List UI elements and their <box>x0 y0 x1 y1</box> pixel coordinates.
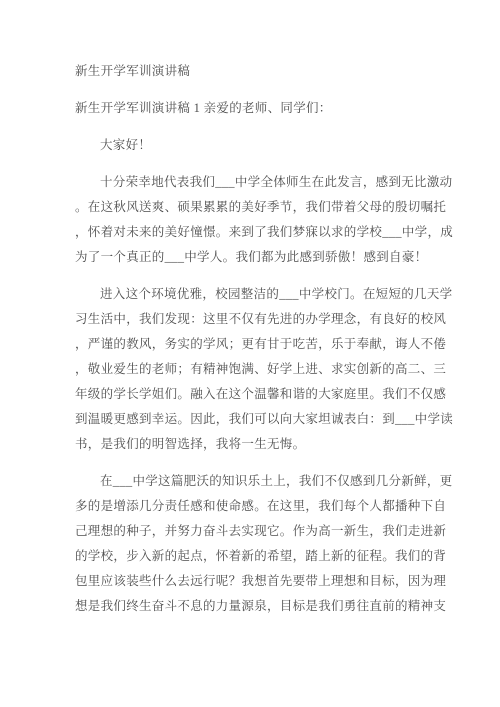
text-line: 进入这个环境优雅，校园整洁的___中学校门。在短短的几天学 <box>75 282 427 307</box>
text-line: 新生开学军训演讲稿 1 亲爱的老师、同学们： <box>75 96 427 121</box>
text-line: 的学校，步入新的起点，怀着新的希望，踏上新的征程。我们的背 <box>75 544 427 569</box>
text-line: 多的是增添几分责任感和使命感。在这里，我们每个人都播种下自 <box>75 494 427 519</box>
text-line: ，敬业爱生的老师；有精神饱满、好学上进、求实创新的高二、三 <box>75 357 427 382</box>
document-page: 新生开学军训演讲稿新生开学军训演讲稿 1 亲爱的老师、同学们：大家好！十分荣幸地… <box>0 0 500 707</box>
text-line: 。在这秋风送爽、硕果累累的美好季节，我们带着父母的殷切嘱托 <box>75 195 427 220</box>
text-line: 为了一个真正的___中学人。我们都为此感到骄傲！感到自豪！ <box>75 245 427 270</box>
text-line: ，怀着对未来的美好憧憬。来到了我们梦寐以求的学校___中学，成 <box>75 220 427 245</box>
text-line: 年级的学长学姐们。融入在这个温馨和谐的大家庭里。我们不仅感 <box>75 382 427 407</box>
text-line: 新生开学军训演讲稿 <box>75 59 427 84</box>
text-line: 到温暖更感到幸运。因此，我们可以向大家坦诚表白：到___中学读 <box>75 407 427 432</box>
text-line: 十分荣幸地代表我们___中学全体师生在此发言，感到无比激动 <box>75 170 427 195</box>
document-body: 新生开学军训演讲稿新生开学军训演讲稿 1 亲爱的老师、同学们：大家好！十分荣幸地… <box>75 59 427 631</box>
text-line: 包里应该装些什么去远行呢？我想首先要带上理想和目标，因为理 <box>75 569 427 594</box>
text-line: 在___中学这篇肥沃的知识乐土上，我们不仅感到几分新鲜，更 <box>75 469 427 494</box>
text-line: 己理想的种子，并努力奋斗去实现它。作为高一新生，我们走进新 <box>75 519 427 544</box>
text-line: 习生活中，我们发现：这里不仅有先进的办学理念，有良好的校风 <box>75 307 427 332</box>
paragraph: 进入这个环境优雅，校园整洁的___中学校门。在短短的几天学习生活中，我们发现：这… <box>75 282 427 457</box>
paragraph: 十分荣幸地代表我们___中学全体师生在此发言，感到无比激动。在这秋风送爽、硕果累… <box>75 170 427 270</box>
text-line: ，严谨的教风，务实的学风；更有甘于吃苦，乐于奉献，诲人不倦 <box>75 332 427 357</box>
paragraph: 新生开学军训演讲稿 <box>75 59 427 84</box>
text-line: 想是我们终生奋斗不息的力量源泉，目标是我们勇往直前的精神支 <box>75 594 427 619</box>
paragraph: 大家好！ <box>75 133 427 158</box>
paragraph: 新生开学军训演讲稿 1 亲爱的老师、同学们： <box>75 96 427 121</box>
text-line: 书，是我们的明智选择，我将一生无悔。 <box>75 432 427 457</box>
paragraph: 在___中学这篇肥沃的知识乐土上，我们不仅感到几分新鲜，更多的是增添几分责任感和… <box>75 469 427 619</box>
text-line: 大家好！ <box>75 133 427 158</box>
